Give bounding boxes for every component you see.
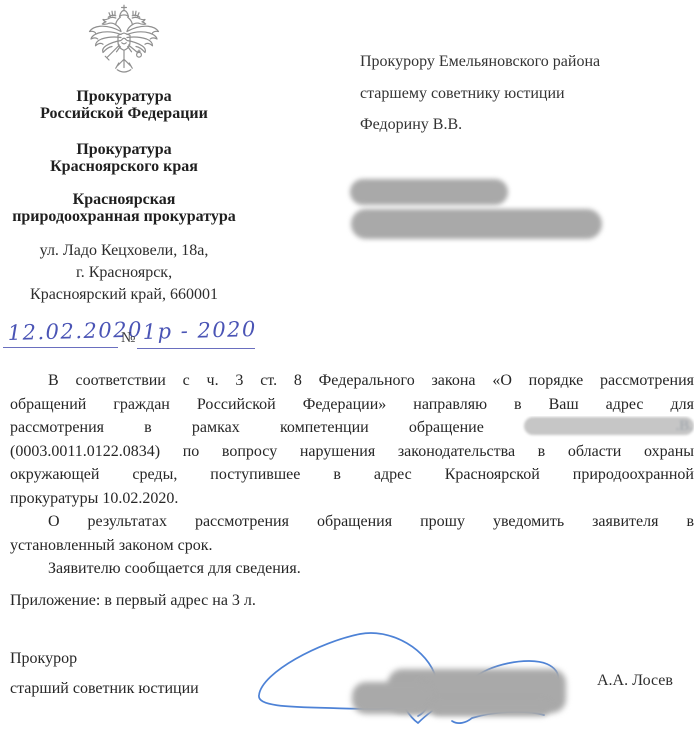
letterhead-address: ул. Ладо Кецховели, 18а, г. Красноярск, … (8, 240, 240, 306)
signer-name: А.А. Лосев (597, 672, 697, 690)
address-line: ул. Ладо Кецховели, 18а, (8, 240, 240, 262)
signer-title-line2: старший советник юстиции (10, 680, 199, 698)
signer-title-line1: Прокурор (10, 650, 77, 668)
body-line: (0003.0011.0122.0834) по вопросу нарушен… (10, 440, 694, 464)
body-line: Заявителю сообщается для сведения. (10, 557, 694, 581)
redaction-blob-signature (430, 700, 550, 716)
org-line: Российской Федерации (8, 105, 240, 122)
number-underline (137, 348, 255, 349)
body-line: В соответствии с ч. 3 ст. 8 Федерального… (10, 369, 694, 393)
number-sign: № (121, 330, 135, 347)
redaction-blob-inline: .В. (524, 417, 694, 435)
body-line: О результатах рассмотрения обращения про… (10, 510, 694, 534)
org-name-krai: Прокуратура Красноярского края (8, 141, 240, 175)
handwritten-number: 1р - 2020 (142, 317, 257, 344)
body-line: установленный законом срок. (10, 534, 694, 558)
recipient-line: старшему советнику юстиции (360, 78, 690, 110)
org-name-nature-prosecutor: Красноярская природоохранная прокуратура (8, 191, 240, 225)
org-line: Прокуратура (8, 141, 240, 158)
recipient-line: Прокурору Емельяновского района (360, 46, 690, 78)
body-line: обращений граждан Российской Федерации» … (10, 393, 694, 417)
redaction-blob-2 (351, 209, 602, 239)
attachment-line: Приложение: в первый адрес на 3 л. (10, 592, 256, 610)
letter-body: В соответствии с ч. 3 ст. 8 Федерального… (10, 369, 694, 581)
redaction-blob-1 (350, 179, 508, 205)
redaction-faint-text: .В. (675, 416, 693, 439)
body-line: окружающей среды, поступившее в адрес Кр… (10, 463, 694, 487)
body-line: прокуратуры 10.02.2020. (10, 487, 694, 511)
body-line: рассмотрения в рамках компетенции обраще… (10, 416, 694, 440)
org-line: природоохранная прокуратура (8, 208, 240, 225)
org-line: Красноярская (8, 191, 240, 208)
recipient-block: Прокурору Емельяновского района старшему… (360, 46, 690, 141)
scanned-letter-page: Прокуратура Российской Федерации Прокура… (0, 0, 700, 737)
org-line: Красноярского края (8, 158, 240, 175)
recipient-line: Федорину В.В. (360, 109, 690, 141)
redaction-blob-signature (352, 682, 432, 714)
address-line: г. Красноярск, (8, 262, 240, 284)
date-underline (3, 347, 118, 348)
address-line: Красноярский край, 660001 (8, 284, 240, 306)
org-line: Прокуратура (8, 88, 240, 105)
org-name-federation: Прокуратура Российской Федерации (8, 88, 240, 122)
body-line-text: рассмотрения в рамках компетенции обраще… (10, 419, 484, 436)
coat-of-arms-russia-icon (86, 3, 162, 86)
